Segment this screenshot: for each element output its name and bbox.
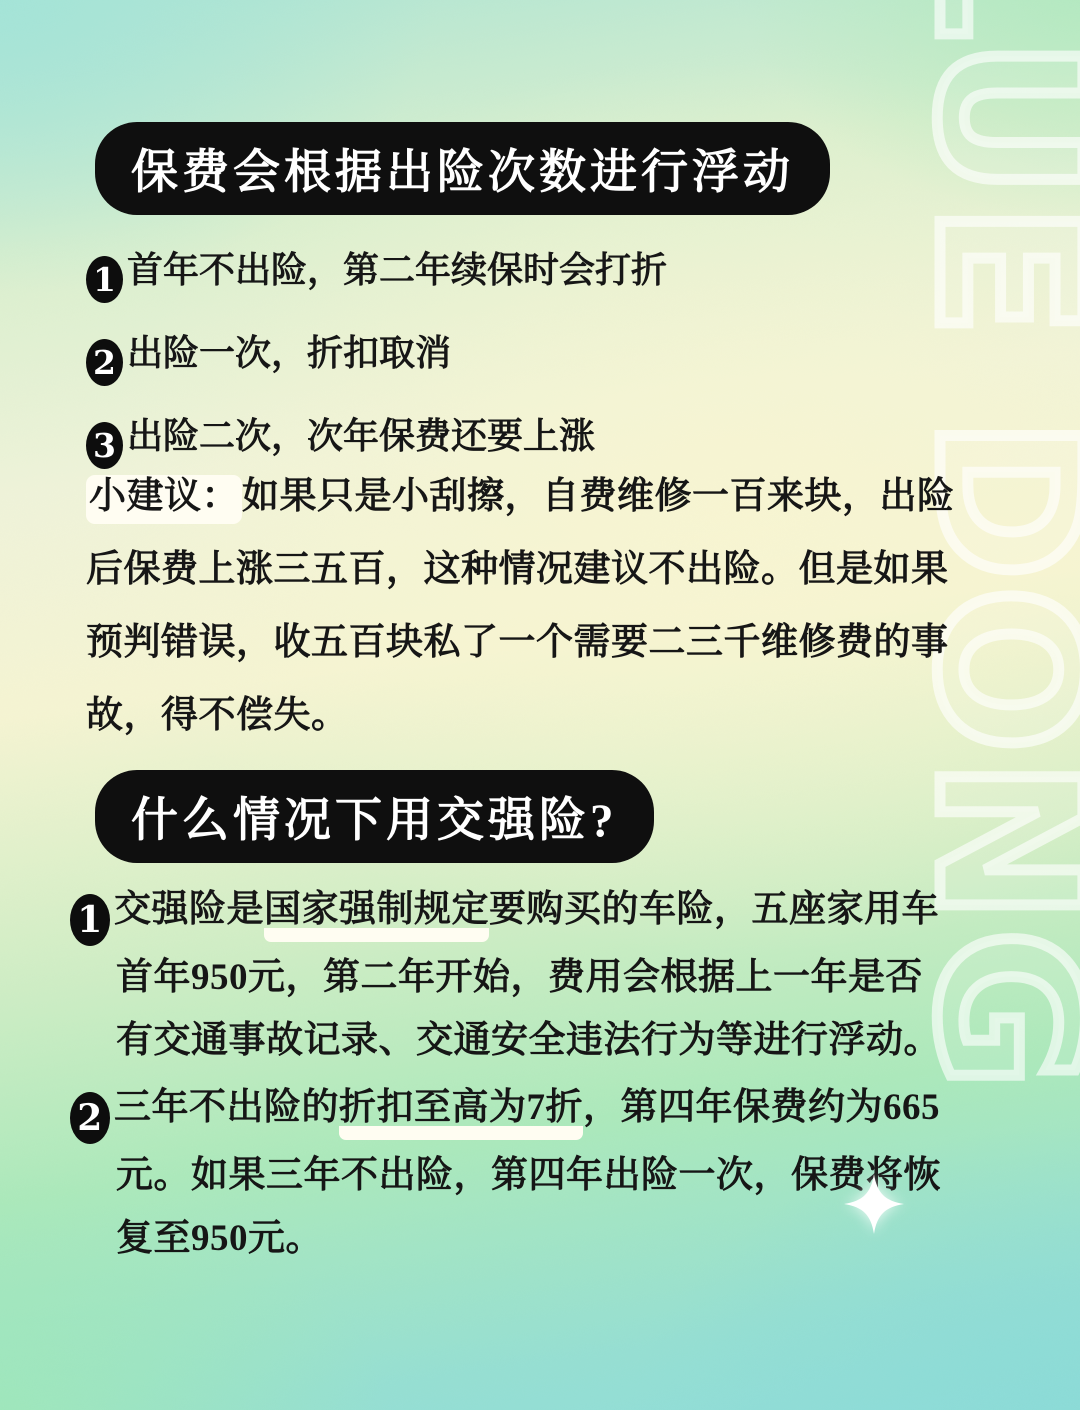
item-number-badge: 2 bbox=[86, 339, 123, 386]
tip-line: 后保费上涨三五百，这种情况建议不出险。但是如果 bbox=[86, 533, 955, 606]
section1-header-pill: 保费会根据出险次数进行浮动 bbox=[95, 122, 830, 215]
item-number-badge: 1 bbox=[70, 894, 110, 946]
item-number-badge: 2 bbox=[70, 1092, 110, 1144]
item-line-text: 要购买的车险，五座家用车 bbox=[489, 889, 939, 930]
item-line: 复至950元。 bbox=[70, 1207, 941, 1270]
claim-count-list: 1首年不出险，第二年续保时会打折 2出险一次，折扣取消 3出险二次，次年保费还要… bbox=[86, 242, 667, 491]
insurance-infographic-page: LUE DONG 保费会根据出险次数进行浮动 1首年不出险，第二年续保时会打折 … bbox=[0, 0, 1080, 1410]
section1-header-label: 保费会根据出险次数进行浮动 bbox=[131, 147, 794, 199]
item-line-text: 交强险是 bbox=[114, 889, 264, 930]
list-item: 1首年不出险，第二年续保时会打折 bbox=[86, 242, 667, 303]
item-line-text: ，第四年保费约为665 bbox=[583, 1087, 940, 1128]
section2-header-label: 什么情况下用交强险? bbox=[131, 795, 618, 847]
list-item-text: 出险一次，折扣取消 bbox=[127, 333, 451, 373]
tip-label-highlight: 小建议： bbox=[86, 475, 242, 524]
compulsory-insurance-item-2: 2三年不出险的折扣至高为7折，第四年保费约为665 元。如果三年不出险，第四年出… bbox=[70, 1076, 941, 1270]
list-item-text: 出险二次，次年保费还要上涨 bbox=[127, 416, 595, 456]
tip-line-text: 如果只是小刮擦，自费维修一百来块，出险 bbox=[242, 476, 955, 517]
section2-header-pill: 什么情况下用交强险? bbox=[95, 770, 654, 863]
item-line: 有交通事故记录、交通安全违法行为等进行浮动。 bbox=[70, 1009, 941, 1072]
compulsory-insurance-item-1: 1交强险是国家强制规定要购买的车险，五座家用车 首年950元，第二年开始，费用会… bbox=[70, 878, 941, 1072]
tip-line: 预判错误，收五百块私了一个需要二三千维修费的事 bbox=[86, 606, 955, 679]
item-line: 元。如果三年不出险，第四年出险一次，保费将恢 bbox=[70, 1144, 941, 1207]
tip-line: 小建议：如果只是小刮擦，自费维修一百来块，出险 bbox=[86, 460, 955, 533]
underline-highlight: 折扣至高为7折 bbox=[339, 1087, 583, 1140]
tip-line: 故，得不偿失。 bbox=[86, 679, 955, 752]
item-line-text: 三年不出险的 bbox=[114, 1087, 339, 1128]
item-line: 首年950元，第二年开始，费用会根据上一年是否 bbox=[70, 946, 941, 1009]
tip-paragraph: 小建议：如果只是小刮擦，自费维修一百来块，出险 后保费上涨三五百，这种情况建议不… bbox=[86, 460, 955, 752]
item-number-badge: 1 bbox=[86, 256, 123, 303]
list-item-text: 首年不出险，第二年续保时会打折 bbox=[127, 250, 667, 290]
underline-highlight: 国家强制规定 bbox=[264, 889, 489, 942]
list-item: 2出险一次，折扣取消 bbox=[86, 325, 667, 386]
item-line: 2三年不出险的折扣至高为7折，第四年保费约为665 bbox=[70, 1076, 941, 1144]
item-line: 1交强险是国家强制规定要购买的车险，五座家用车 bbox=[70, 878, 941, 946]
